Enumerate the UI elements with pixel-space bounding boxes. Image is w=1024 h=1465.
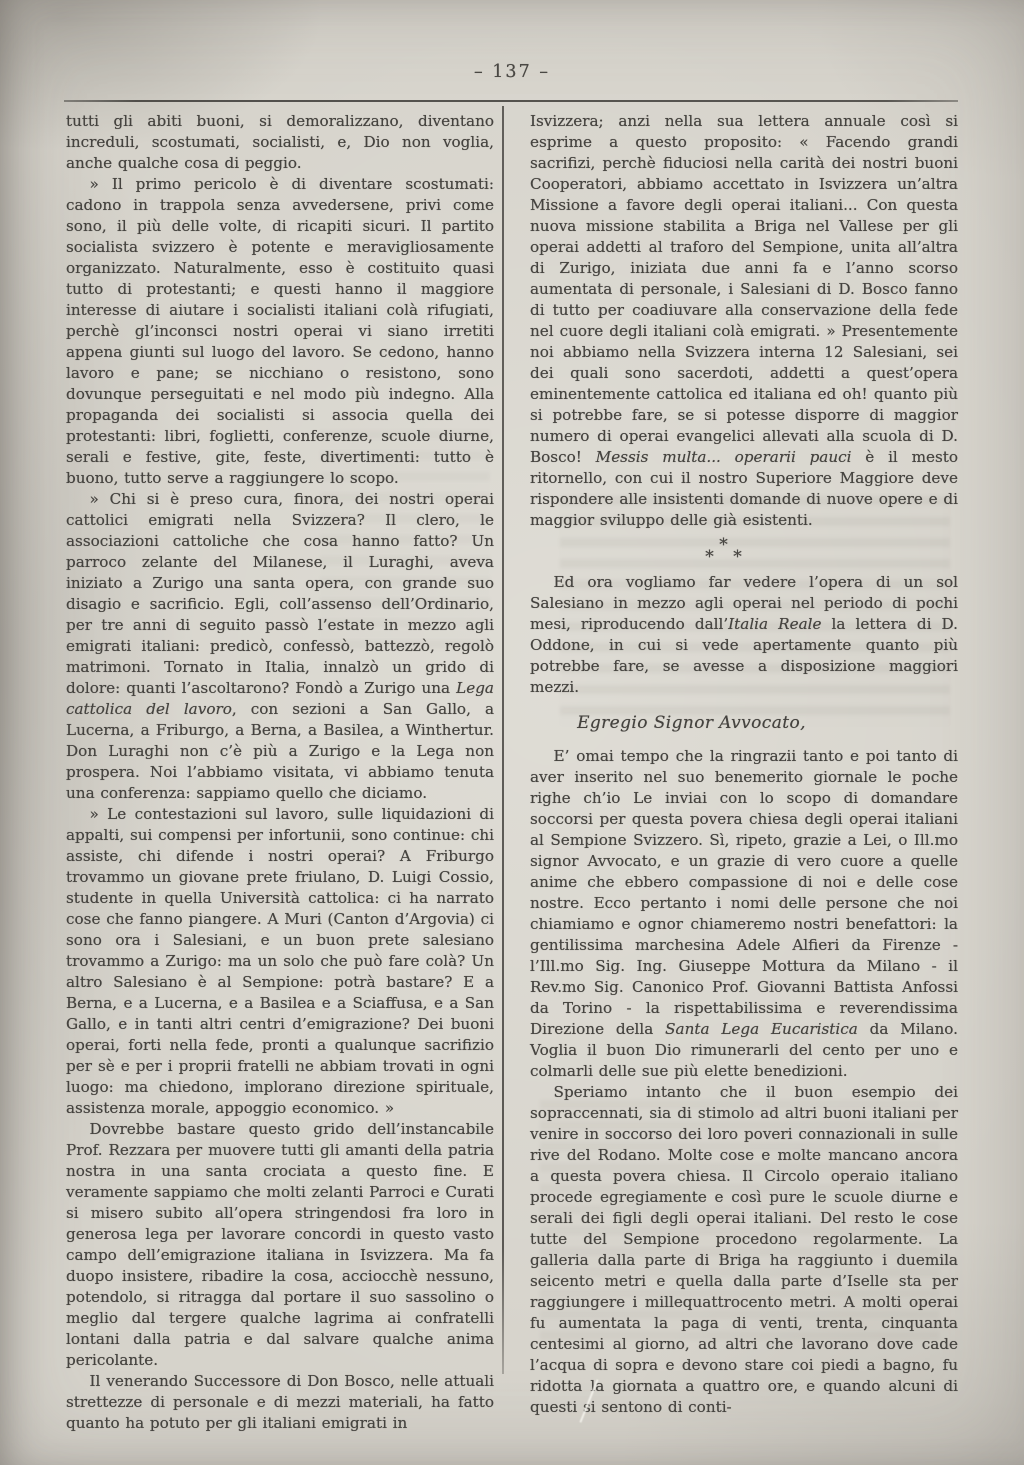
text-segment: Il venerando Successore di Don Bosco, ne… — [66, 1372, 494, 1432]
paragraph: E’ omai tempo che la ringrazii tanto e p… — [530, 746, 958, 1082]
text-segment: » Le contestazioni sul lavoro, sulle liq… — [66, 805, 494, 1117]
paragraph: Dovrebbe bastare questo grido dell’insta… — [66, 1119, 494, 1371]
right-column: Isvizzera; anzi nella sua lettera annual… — [530, 111, 958, 1434]
paragraph: Isvizzera; anzi nella sua lettera annual… — [530, 111, 958, 531]
text-segment: » Chi si è preso cura, finora, dei nostr… — [66, 490, 494, 697]
paragraph: » Il primo pericolo è di diventare scost… — [66, 174, 494, 489]
italic-text-segment: Messis multa... operarii pauci — [596, 448, 852, 466]
page-number: – 137 – — [0, 62, 1024, 82]
scanned-page: – 137 – tutti gli abiti buoni, si demora… — [0, 0, 1024, 1465]
asterism-row: * * — [530, 551, 924, 563]
paragraph: Ed ora vogliamo far vedere l’opera di un… — [530, 572, 958, 698]
header-rule — [64, 100, 958, 102]
italic-text-segment: Italia Reale — [728, 615, 821, 633]
paragraph: Il venerando Successore di Don Bosco, ne… — [66, 1371, 494, 1434]
text-segment: E’ omai tempo che la ringrazii tanto e p… — [530, 747, 958, 1038]
section-divider-asterism: ** * — [530, 539, 924, 563]
paragraph: Speriamo intanto che il buon esempio dei… — [530, 1082, 958, 1418]
text-columns: tutti gli abiti buoni, si demoralizzano,… — [66, 111, 958, 1434]
paragraph: » Le contestazioni sul lavoro, sulle liq… — [66, 804, 494, 1119]
text-segment: Dovrebbe bastare questo grido dell’insta… — [66, 1120, 494, 1369]
text-segment: Isvizzera; anzi nella sua lettera annual… — [530, 112, 958, 466]
text-segment: » Il primo pericolo è di diventare scost… — [66, 175, 494, 487]
letter-salutation-heading: Egregio Signor Avvocato, — [530, 712, 853, 734]
text-segment: Speriamo intanto che il buon esempio dei… — [530, 1083, 958, 1416]
paragraph: » Chi si è preso cura, finora, dei nostr… — [66, 489, 494, 804]
text-segment: tutti gli abiti buoni, si demoralizzano,… — [66, 112, 494, 172]
paragraph: tutti gli abiti buoni, si demoralizzano,… — [66, 111, 494, 174]
italic-text-segment: Santa Lega Eucaristica — [665, 1020, 858, 1038]
left-column: tutti gli abiti buoni, si demoralizzano,… — [66, 111, 494, 1434]
